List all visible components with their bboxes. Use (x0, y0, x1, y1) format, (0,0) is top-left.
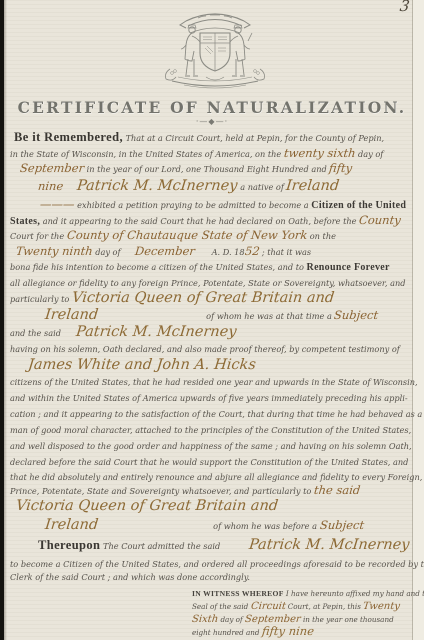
handwritten-text: the said (313, 483, 361, 497)
printed-text: in the year of our Lord, one Thousand Ei… (84, 164, 329, 174)
handwritten-text-large: Ireland (44, 307, 99, 324)
blackletter-text: States, (10, 216, 40, 227)
printed-text: Court for the (10, 231, 67, 241)
handwritten-text-large: James White and John A. Hicks (27, 357, 257, 374)
document-line: citizens of the United States, that he h… (10, 372, 412, 388)
crest-engraving (148, 3, 282, 97)
printed-text: man of good moral character, attached to… (10, 425, 411, 435)
page-right-edge (413, 0, 424, 640)
handwritten-text: nine (37, 176, 64, 196)
printed-text: in the State of Wisconsin, in the United… (10, 149, 284, 159)
blackletter-text: Citizen of the United (311, 200, 406, 211)
handwritten-text: 52 (244, 244, 260, 260)
certificate-body-text: Be it Remembered, That at a Circuit Cour… (10, 128, 412, 581)
printed-text: a native of (238, 182, 287, 192)
printed-text: in the year one thousand (301, 615, 394, 624)
document-line: particularly to Victoria Queen of Great … (10, 288, 412, 305)
document-line: Victoria Queen of Great Britain and (10, 496, 412, 514)
document-line: declared before the said Court that he w… (10, 452, 412, 468)
printed-text: citizens of the United States, that he h… (10, 377, 418, 387)
document-line: man of good moral character, attached to… (10, 420, 412, 436)
printed-text: that he did absolutely and entirely reno… (10, 472, 422, 482)
document-line: and the said Patrick M. McInerney (10, 322, 412, 339)
handwritten-text-large: Ireland (285, 176, 340, 196)
title-divider-ornament: ·—◆—· (0, 117, 424, 126)
printed-text: Clerk of the said Court ; and which was … (10, 572, 250, 582)
printed-text: and within the United States of America … (10, 393, 408, 403)
document-line: Court for the County of Chautauque State… (10, 226, 412, 242)
printed-text: particularly to (10, 294, 72, 304)
page-number: 3 (399, 0, 411, 15)
printed-text: and it appearing to the said Court that … (40, 216, 359, 226)
handwritten-text: fifty (329, 161, 354, 177)
certificate-page: 3 (0, 0, 424, 640)
wisconsin-coat-of-arms-crest (148, 3, 282, 97)
document-line: ninePatrick M. McInerney a native of Ire… (10, 175, 412, 195)
handwritten-text-large: Victoria Queen of Great Britain and (71, 290, 335, 307)
printed-text: day of (355, 149, 383, 159)
handwritten-text: Twenty ninth (15, 244, 93, 260)
document-line: Twenty ninth day of December A. D. 1852 … (10, 242, 412, 258)
printed-text: day of (93, 247, 124, 257)
document-line: Clerk of the said Court ; and which was … (10, 568, 412, 581)
document-line: Irelandof whom he was at that time a Sub… (10, 305, 412, 322)
document-line: Seal of the said Circuit Court, at Pepin… (192, 597, 416, 610)
document-line: ——— exhibited a petition praying to be a… (10, 195, 412, 211)
document-line: and within the United States of America … (10, 388, 412, 404)
document-line: in the State of Wisconsin, in the United… (10, 144, 412, 160)
handwritten-text: Sixth (191, 613, 219, 626)
document-line: IN WITNESS WHEREOF I have hereunto affix… (192, 584, 416, 597)
handwritten-text: Subject (334, 307, 380, 324)
handwritten-text-large: Patrick M. McInerney (75, 324, 237, 341)
blackletter-heading: Be it Remembered, (14, 130, 123, 144)
document-line: cation ; and it appearing to the satisfa… (10, 404, 412, 420)
document-line: eight hundred and fifty nine (192, 623, 416, 636)
document-line: having on his solemn, Oath declared, and… (10, 339, 412, 355)
printed-text: Prince, Potentate, State and Sovereignty… (10, 486, 314, 496)
document-line: Irelandof whom he was before a Subject (10, 514, 412, 533)
document-line: that he did absolutely and entirely reno… (10, 468, 412, 482)
handwritten-text: Twenty (363, 600, 401, 613)
handwritten-text: December (134, 244, 195, 260)
handwritten-text-large: fifty nine (261, 625, 314, 638)
document-line: Thereupon The Court admitted the said Pa… (10, 533, 412, 555)
handwritten-text: County of Chautauque State of New York (66, 228, 308, 244)
printed-text: bona fide his intention to become a citi… (10, 262, 307, 272)
printed-text: declared before the said Court that he w… (10, 457, 408, 467)
document-line: Be it Remembered, That at a Circuit Cour… (10, 128, 412, 144)
handwritten-text: twenty sixth (283, 146, 356, 162)
document-line: States, and it appearing to the said Cou… (10, 211, 412, 227)
printed-text: A. D. 18 (209, 247, 245, 257)
printed-text: and well disposed to the good order and … (10, 441, 412, 451)
document-line: and well disposed to the good order and … (10, 436, 412, 452)
handwritten-text: September (19, 161, 85, 177)
printed-text: all allegiance or fidelity to any foreig… (10, 278, 406, 288)
handwritten-text-large: Patrick M. McInerney (76, 176, 238, 196)
printed-text: of whom he was at that time a (206, 311, 334, 321)
handwritten-text: County (358, 213, 401, 229)
handwritten-text: Subject (319, 516, 365, 535)
handwritten-text-large: Ireland (44, 516, 99, 535)
printed-text: of whom he was before a (213, 521, 319, 531)
handwritten-text: ——— (39, 196, 75, 212)
printed-text: cation ; and it appearing to the satisfa… (10, 409, 422, 419)
printed-text: eight hundred and (192, 628, 262, 637)
handwritten-text-large: Patrick M. McInerney (248, 534, 411, 556)
document-line: all allegiance or fidelity to any foreig… (10, 273, 412, 289)
printed-text: having on his solemn, Oath declared, and… (10, 344, 400, 354)
certificate-title: CERTIFICATE OF NATURALIZATION. (0, 98, 424, 117)
document-line: to become a Citizen of the United States… (10, 555, 412, 568)
printed-text: ; that it was (259, 247, 311, 257)
printed-text: exhibited a petition praying to be admit… (75, 200, 312, 210)
blackletter-text: Renounce Forever (307, 262, 390, 273)
printed-text: That at a Circuit Court, held at Pepin, … (123, 133, 384, 143)
blackletter-heading: Thereupon (38, 538, 100, 552)
handwritten-text-large: Victoria Queen of Great Britain and (15, 497, 279, 515)
printed-text: on the (307, 231, 336, 241)
witness-attestation-block: IN WITNESS WHEREOF I have hereunto affix… (192, 584, 416, 636)
document-line: Prince, Potentate, State and Sovereignty… (10, 482, 412, 496)
binding-shadow (4, 0, 7, 640)
document-line: James White and John A. Hicks (10, 355, 412, 372)
printed-text: The Court admitted the said (100, 541, 222, 551)
handwritten-text: Circuit (250, 600, 286, 613)
page-margin-line (412, 0, 413, 640)
printed-text: and the said (10, 328, 64, 338)
document-line: September in the year of our Lord, one T… (10, 159, 412, 175)
